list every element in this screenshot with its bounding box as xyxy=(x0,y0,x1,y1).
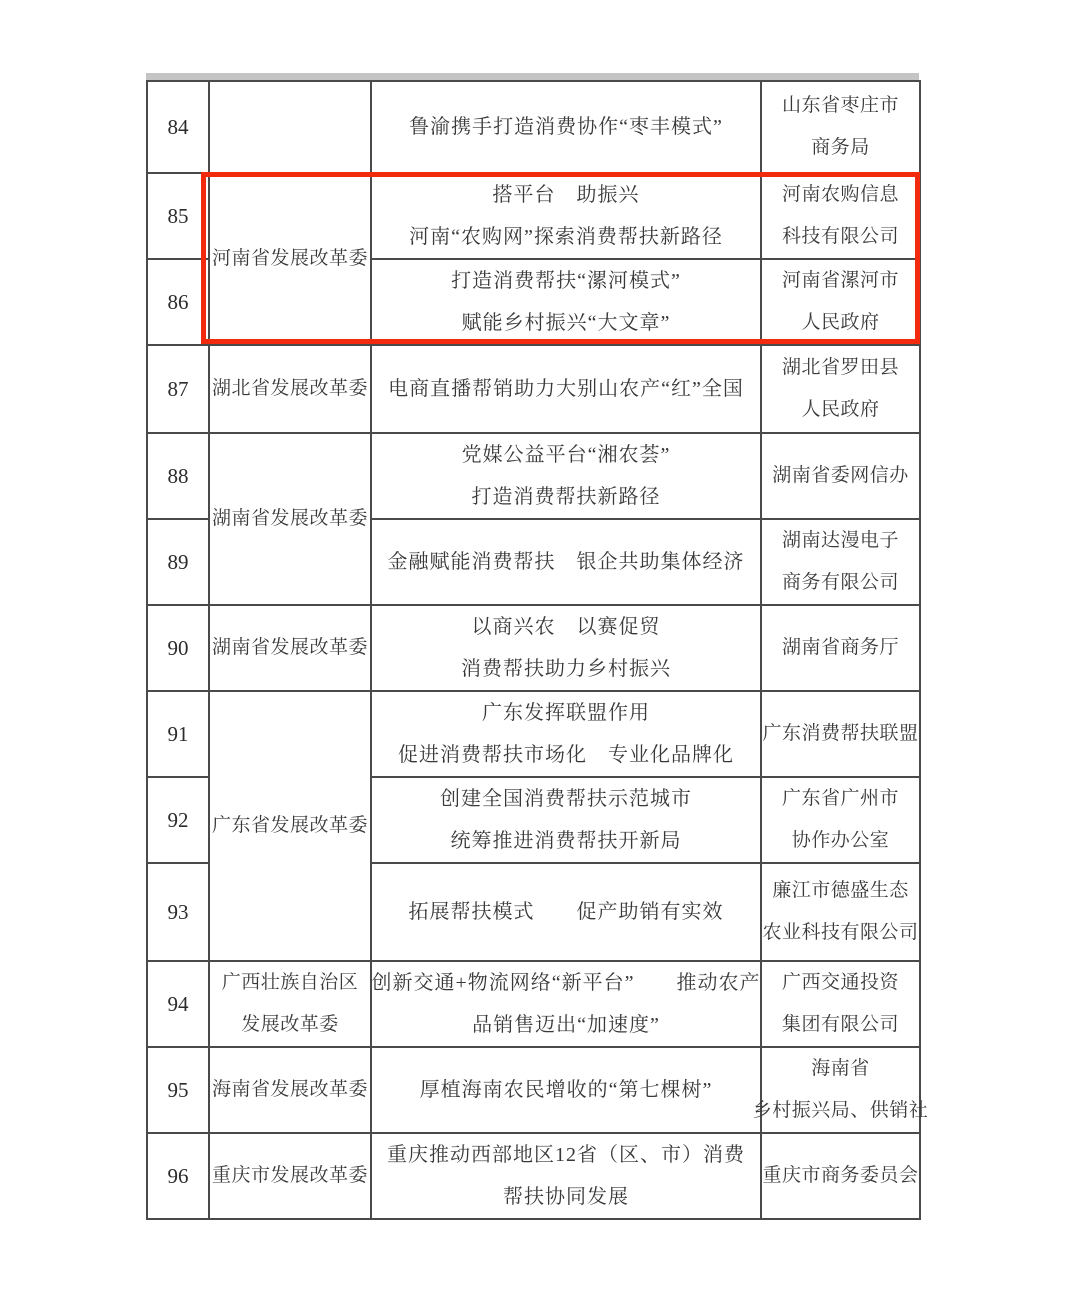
consumption-assistance-cases-table: 84 鲁渝携手打造消费协作“枣丰模式” 山东省枣庄市 商务局 85 河南省发展改… xyxy=(146,80,921,1220)
recommending-org-cell: 广西壮族自治区 发展改革委 xyxy=(209,961,371,1047)
submitting-org-cell: 湖南省商务厅 xyxy=(761,605,920,691)
document-page: 84 鲁渝携手打造消费协作“枣丰模式” 山东省枣庄市 商务局 85 河南省发展改… xyxy=(0,0,1080,1305)
case-title-cell: 厚植海南农民增收的“第七棵树” xyxy=(371,1047,761,1133)
table-row: 88 湖南省发展改革委 党媒公益平台“湘农荟” 打造消费帮扶新路径 湖南省委网信… xyxy=(147,433,920,519)
submitting-org-cell: 广西交通投资 集团有限公司 xyxy=(761,961,920,1047)
submitting-org-cell: 广东省广州市 协作办公室 xyxy=(761,777,920,863)
table-row: 95 海南省发展改革委 厚植海南农民增收的“第七棵树” 海南省 乡村振兴局、供销… xyxy=(147,1047,920,1133)
row-number-cell: 86 xyxy=(147,259,209,345)
case-title-cell: 打造消费帮扶“漯河模式” 赋能乡村振兴“大文章” xyxy=(371,259,761,345)
case-title-cell: 鲁渝携手打造消费协作“枣丰模式” xyxy=(371,81,761,173)
row-number-cell: 90 xyxy=(147,605,209,691)
submitting-org-cell: 湖南达漫电子 商务有限公司 xyxy=(761,519,920,605)
row-number-cell: 85 xyxy=(147,173,209,259)
row-number-cell: 96 xyxy=(147,1133,209,1219)
recommending-org-cell: 湖南省发展改革委 xyxy=(209,605,371,691)
recommending-org-cell: 重庆市发展改革委 xyxy=(209,1133,371,1219)
row-number-cell: 89 xyxy=(147,519,209,605)
table-row: 94 广西壮族自治区 发展改革委 创新交通+物流网络“新平台” 推动农产 品销售… xyxy=(147,961,920,1047)
row-number-cell: 94 xyxy=(147,961,209,1047)
row-number-cell: 93 xyxy=(147,863,209,961)
case-title-cell: 创新交通+物流网络“新平台” 推动农产 品销售迈出“加速度” xyxy=(371,961,761,1047)
case-title-cell: 金融赋能消费帮扶 银企共助集体经济 xyxy=(371,519,761,605)
row-number-cell: 91 xyxy=(147,691,209,777)
recommending-org-cell: 河南省发展改革委 xyxy=(209,173,371,345)
row-number-cell: 88 xyxy=(147,433,209,519)
submitting-org-cell: 山东省枣庄市 商务局 xyxy=(761,81,920,173)
row-number-cell: 84 xyxy=(147,81,209,173)
table-row: 90 湖南省发展改革委 以商兴农 以赛促贸 消费帮扶助力乡村振兴 湖南省商务厅 xyxy=(147,605,920,691)
recommending-org-cell: 广东省发展改革委 xyxy=(209,691,371,961)
case-title-cell: 拓展帮扶模式 促产助销有实效 xyxy=(371,863,761,961)
case-title-cell: 电商直播帮销助力大别山农产“红”全国 xyxy=(371,345,761,433)
table-row: 87 湖北省发展改革委 电商直播帮销助力大别山农产“红”全国 湖北省罗田县 人民… xyxy=(147,345,920,433)
case-title-cell: 重庆推动西部地区12省（区、市）消费 帮扶协同发展 xyxy=(371,1133,761,1219)
submitting-org-cell: 湖南省委网信办 xyxy=(761,433,920,519)
recommending-org-cell: 海南省发展改革委 xyxy=(209,1047,371,1133)
recommending-org-cell: 湖南省发展改革委 xyxy=(209,433,371,605)
submitting-org-cell: 河南省漯河市 人民政府 xyxy=(761,259,920,345)
table-row: 91 广东省发展改革委 广东发挥联盟作用 促进消费帮扶市场化 专业化品牌化 广东… xyxy=(147,691,920,777)
case-title-cell: 党媒公益平台“湘农荟” 打造消费帮扶新路径 xyxy=(371,433,761,519)
cropped-row-remnant xyxy=(146,73,919,80)
case-title-cell: 搭平台 助振兴 河南“农购网”探索消费帮扶新路径 xyxy=(371,173,761,259)
submitting-org-cell: 重庆市商务委员会 xyxy=(761,1133,920,1219)
recommending-org-cell: 湖北省发展改革委 xyxy=(209,345,371,433)
submitting-org-cell: 湖北省罗田县 人民政府 xyxy=(761,345,920,433)
case-title-cell: 创建全国消费帮扶示范城市 统筹推进消费帮扶开新局 xyxy=(371,777,761,863)
table-row: 85 河南省发展改革委 搭平台 助振兴 河南“农购网”探索消费帮扶新路径 河南农… xyxy=(147,173,920,259)
submitting-org-cell: 广东消费帮扶联盟 xyxy=(761,691,920,777)
recommending-org-cell xyxy=(209,81,371,173)
case-title-cell: 广东发挥联盟作用 促进消费帮扶市场化 专业化品牌化 xyxy=(371,691,761,777)
row-number-cell: 87 xyxy=(147,345,209,433)
row-number-cell: 95 xyxy=(147,1047,209,1133)
submitting-org-cell: 海南省 乡村振兴局、供销社 xyxy=(761,1047,920,1133)
submitting-org-cell: 河南农购信息 科技有限公司 xyxy=(761,173,920,259)
table-row: 84 鲁渝携手打造消费协作“枣丰模式” 山东省枣庄市 商务局 xyxy=(147,81,920,173)
row-number-cell: 92 xyxy=(147,777,209,863)
table-row: 96 重庆市发展改革委 重庆推动西部地区12省（区、市）消费 帮扶协同发展 重庆… xyxy=(147,1133,920,1219)
submitting-org-cell: 廉江市德盛生态 农业科技有限公司 xyxy=(761,863,920,961)
case-title-cell: 以商兴农 以赛促贸 消费帮扶助力乡村振兴 xyxy=(371,605,761,691)
